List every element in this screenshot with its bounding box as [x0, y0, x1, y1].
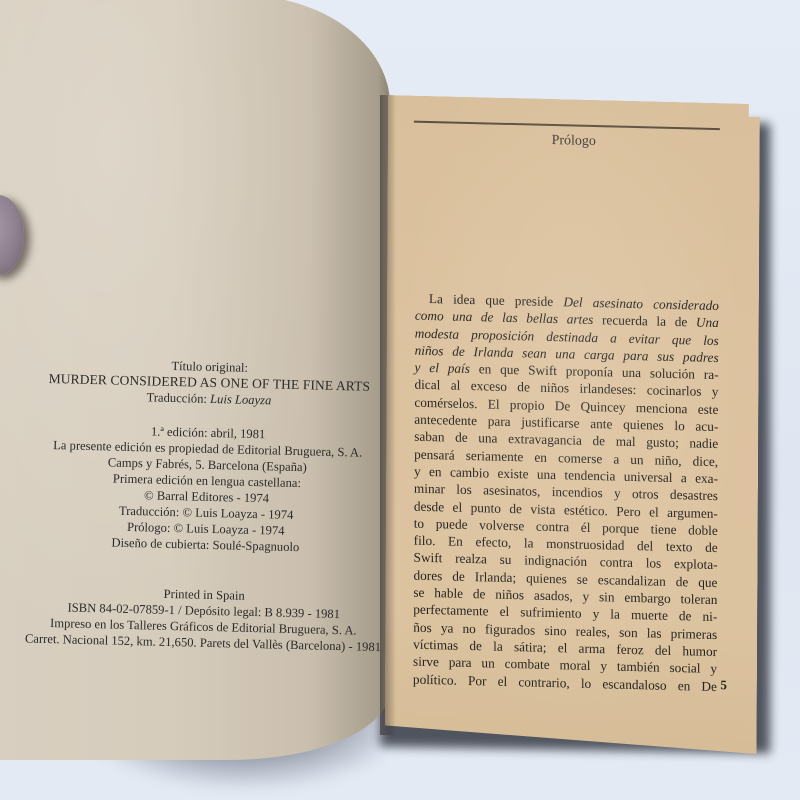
book-photo: Título original: MURDER CONSIDERED AS ON…	[0, 0, 800, 800]
header-rule	[414, 121, 720, 130]
text-line: minar los asesinatos, incendios y otros …	[414, 480, 718, 505]
text-line: ños ya no figurados sino reales, son las…	[413, 618, 717, 643]
text-line: como una de las bellas artes recuerda la…	[415, 307, 719, 332]
text-line: perfectamente el sufrimiento y la muerte…	[413, 601, 717, 626]
text-line: filo. En efecto, la monstruosidad del te…	[414, 532, 718, 557]
text-line: y en cambio existe una tendencia univers…	[414, 463, 718, 488]
text-line: niños de Irlanda sean una carga para sus…	[415, 342, 719, 367]
text-line: se hable de niños asados, y sin embargo …	[413, 584, 717, 609]
page-number: 5	[720, 677, 727, 693]
right-page: Prólogo La idea que preside Del asesinat…	[385, 95, 760, 754]
text-line: desde el punto de vista estético. Pero e…	[414, 497, 718, 522]
text-line: dical al exceso de niños irlandeses: coc…	[414, 376, 718, 401]
text-line: comérselos. El propio De Quincey mencion…	[414, 393, 718, 418]
prologue-body-text: La idea que preside Del asesinato consid…	[413, 290, 719, 695]
text-line: to puede volverse contra él porque tiene…	[414, 514, 718, 539]
text-line: y el país en que Swift proponía una solu…	[415, 359, 719, 384]
text-line: sirve para un combate moral y también so…	[413, 653, 717, 678]
text-line: antecedente para justificarse ante quien…	[414, 411, 718, 436]
book-gutter	[380, 95, 396, 735]
text-line: Swift realza su indignación contra los e…	[414, 549, 718, 574]
running-head: Prólogo	[388, 129, 760, 154]
text-line: dores de Irlanda; quienes se escandaliza…	[413, 566, 717, 591]
copyright-colophon: Título original: MURDER CONSIDERED AS ON…	[3, 354, 410, 656]
text-line: pensará seriamente en comerse a un niño,…	[414, 445, 718, 470]
text-line: modesta proposición destinada a evitar q…	[415, 324, 719, 349]
text-line: La idea que preside Del asesinato consid…	[415, 290, 719, 315]
text-line: víctimas de la sátira; el arma feroz del…	[413, 636, 717, 661]
text-line: político. Por el contrario, lo escandalo…	[413, 670, 717, 695]
translation-label: Traducción:	[146, 390, 207, 405]
text-line: saban de una extravagancia de mal gusto;…	[414, 428, 718, 453]
translator-name: Luis Loayza	[210, 392, 272, 407]
